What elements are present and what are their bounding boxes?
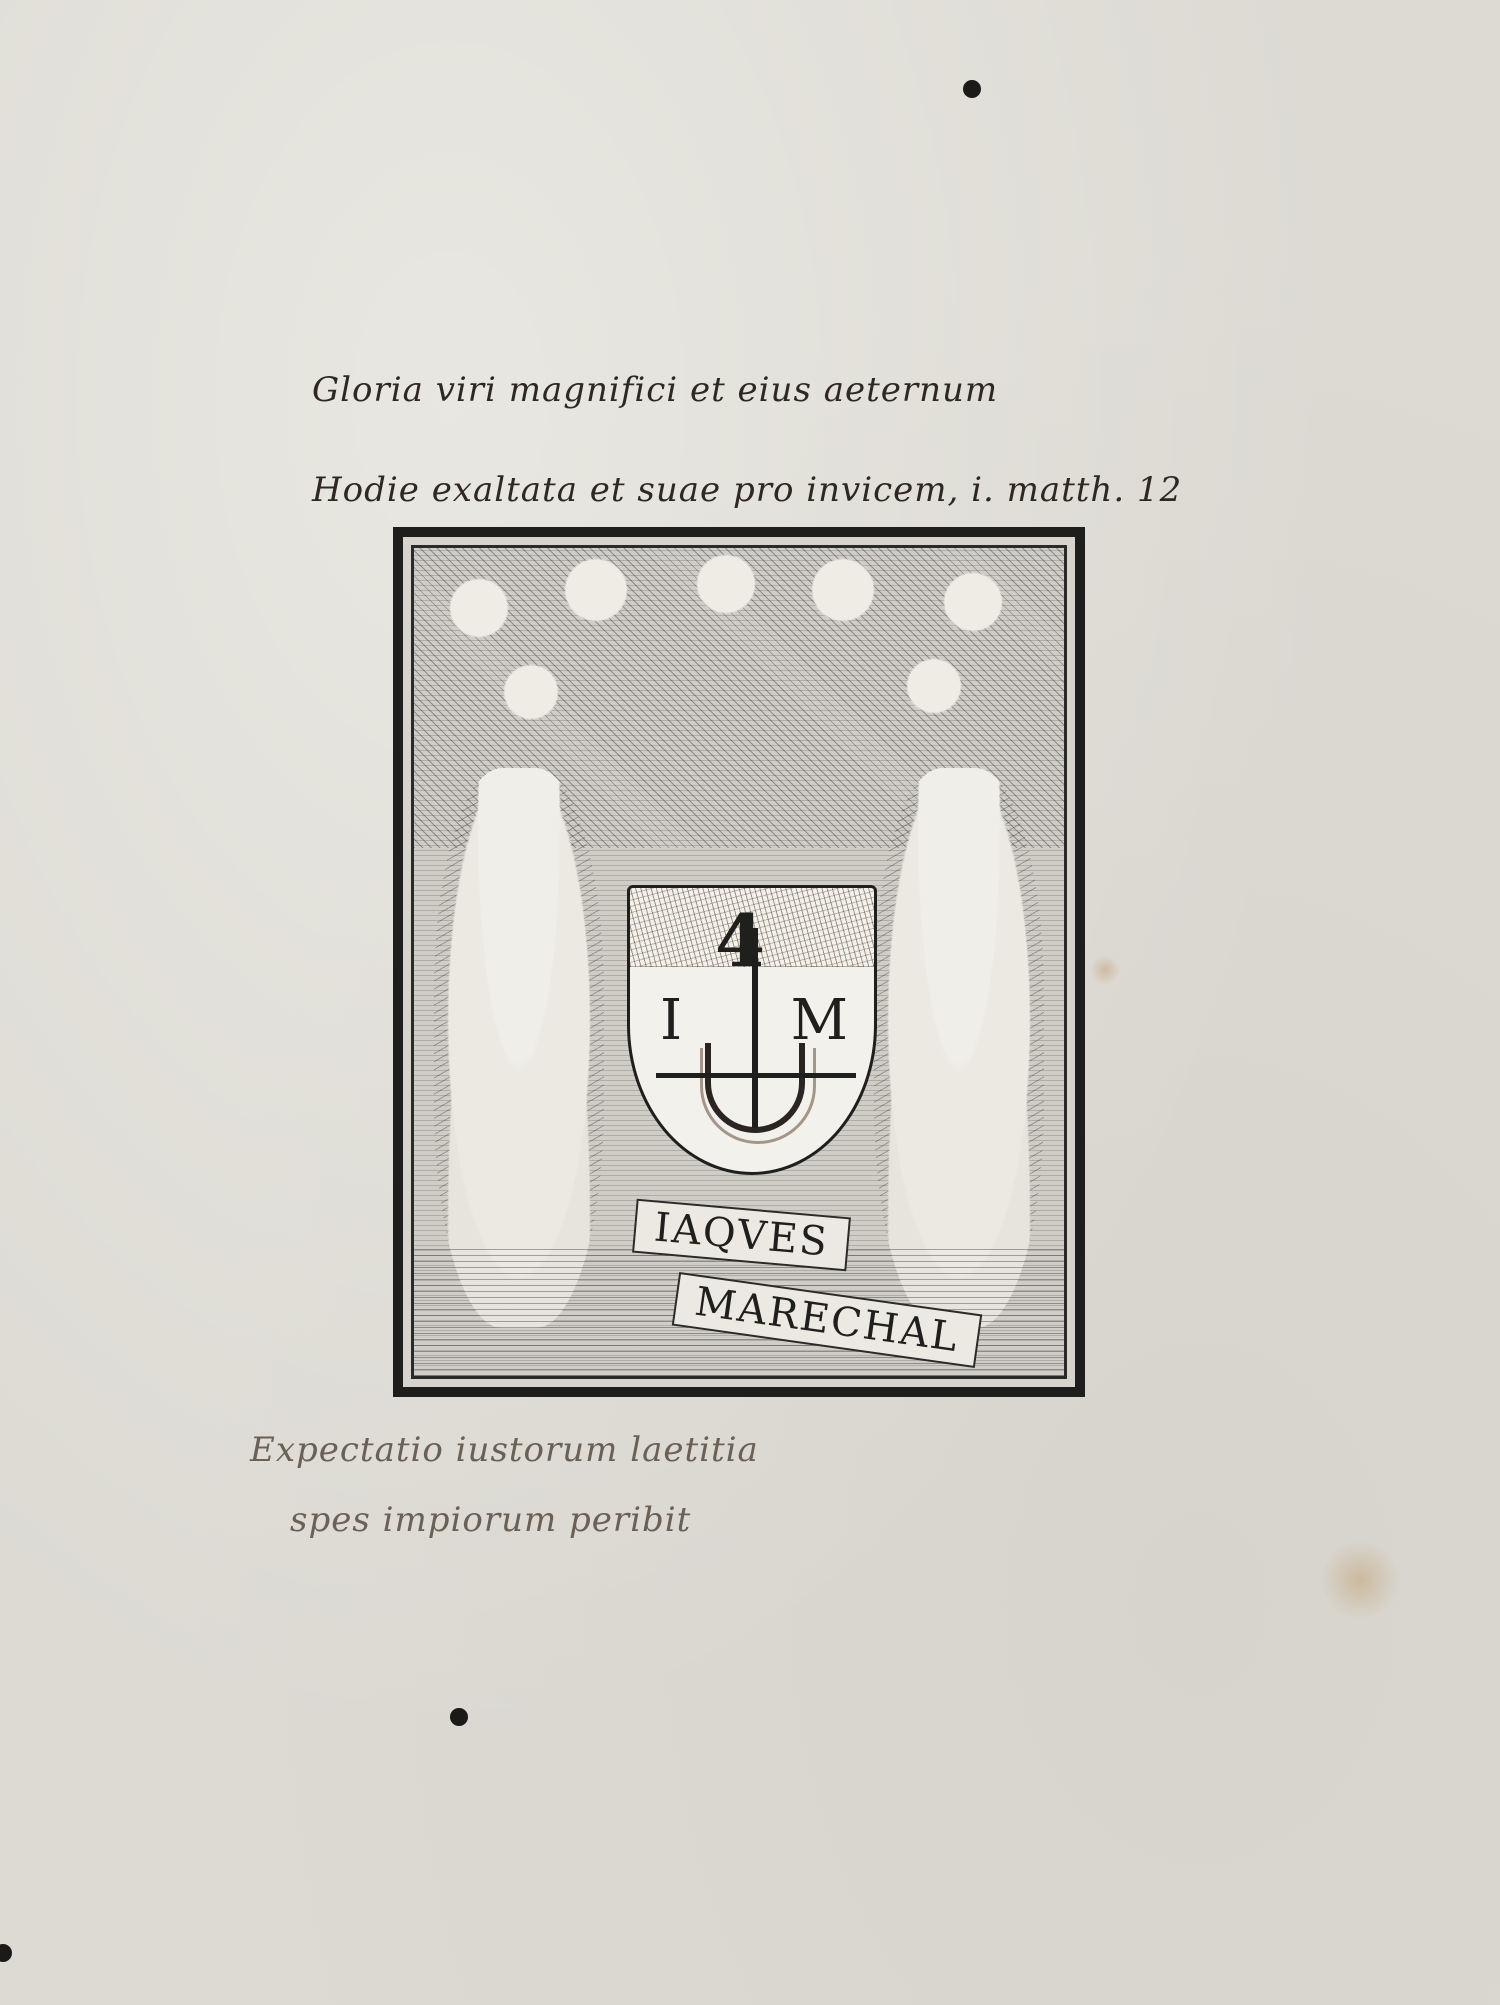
shield-merchant-mark: 4 (715, 898, 765, 983)
foxing-stain (1320, 1540, 1400, 1620)
handwritten-annotation-bottom-line2: spes impiorum peribit (290, 1500, 691, 1540)
binding-hole (963, 80, 981, 98)
binding-hole (450, 1708, 468, 1726)
handwritten-annotation-top-line2: Hodie exaltata et suae pro invicem, i. m… (312, 470, 1182, 510)
shield-initial-left: I (660, 988, 682, 1053)
woodcut-bookplate: 4 I M IAQVES MARECHAL (393, 527, 1085, 1397)
foxing-stain (1090, 955, 1120, 985)
binding-hole (0, 1944, 12, 1962)
coat-of-arms-shield: 4 I M (627, 885, 877, 1175)
shield-crossbar (656, 1073, 856, 1078)
shield-initial-right: M (791, 988, 848, 1053)
supporter-figure-left (434, 768, 604, 1328)
handwritten-annotation-bottom-line1: Expectatio iustorum laetitia (250, 1430, 759, 1470)
supporter-figure-right (874, 768, 1044, 1328)
woodcut-engraving: 4 I M IAQVES MARECHAL (411, 545, 1067, 1379)
handwritten-annotation-top-line1: Gloria viri magnifici et eius aeternum (312, 370, 998, 410)
